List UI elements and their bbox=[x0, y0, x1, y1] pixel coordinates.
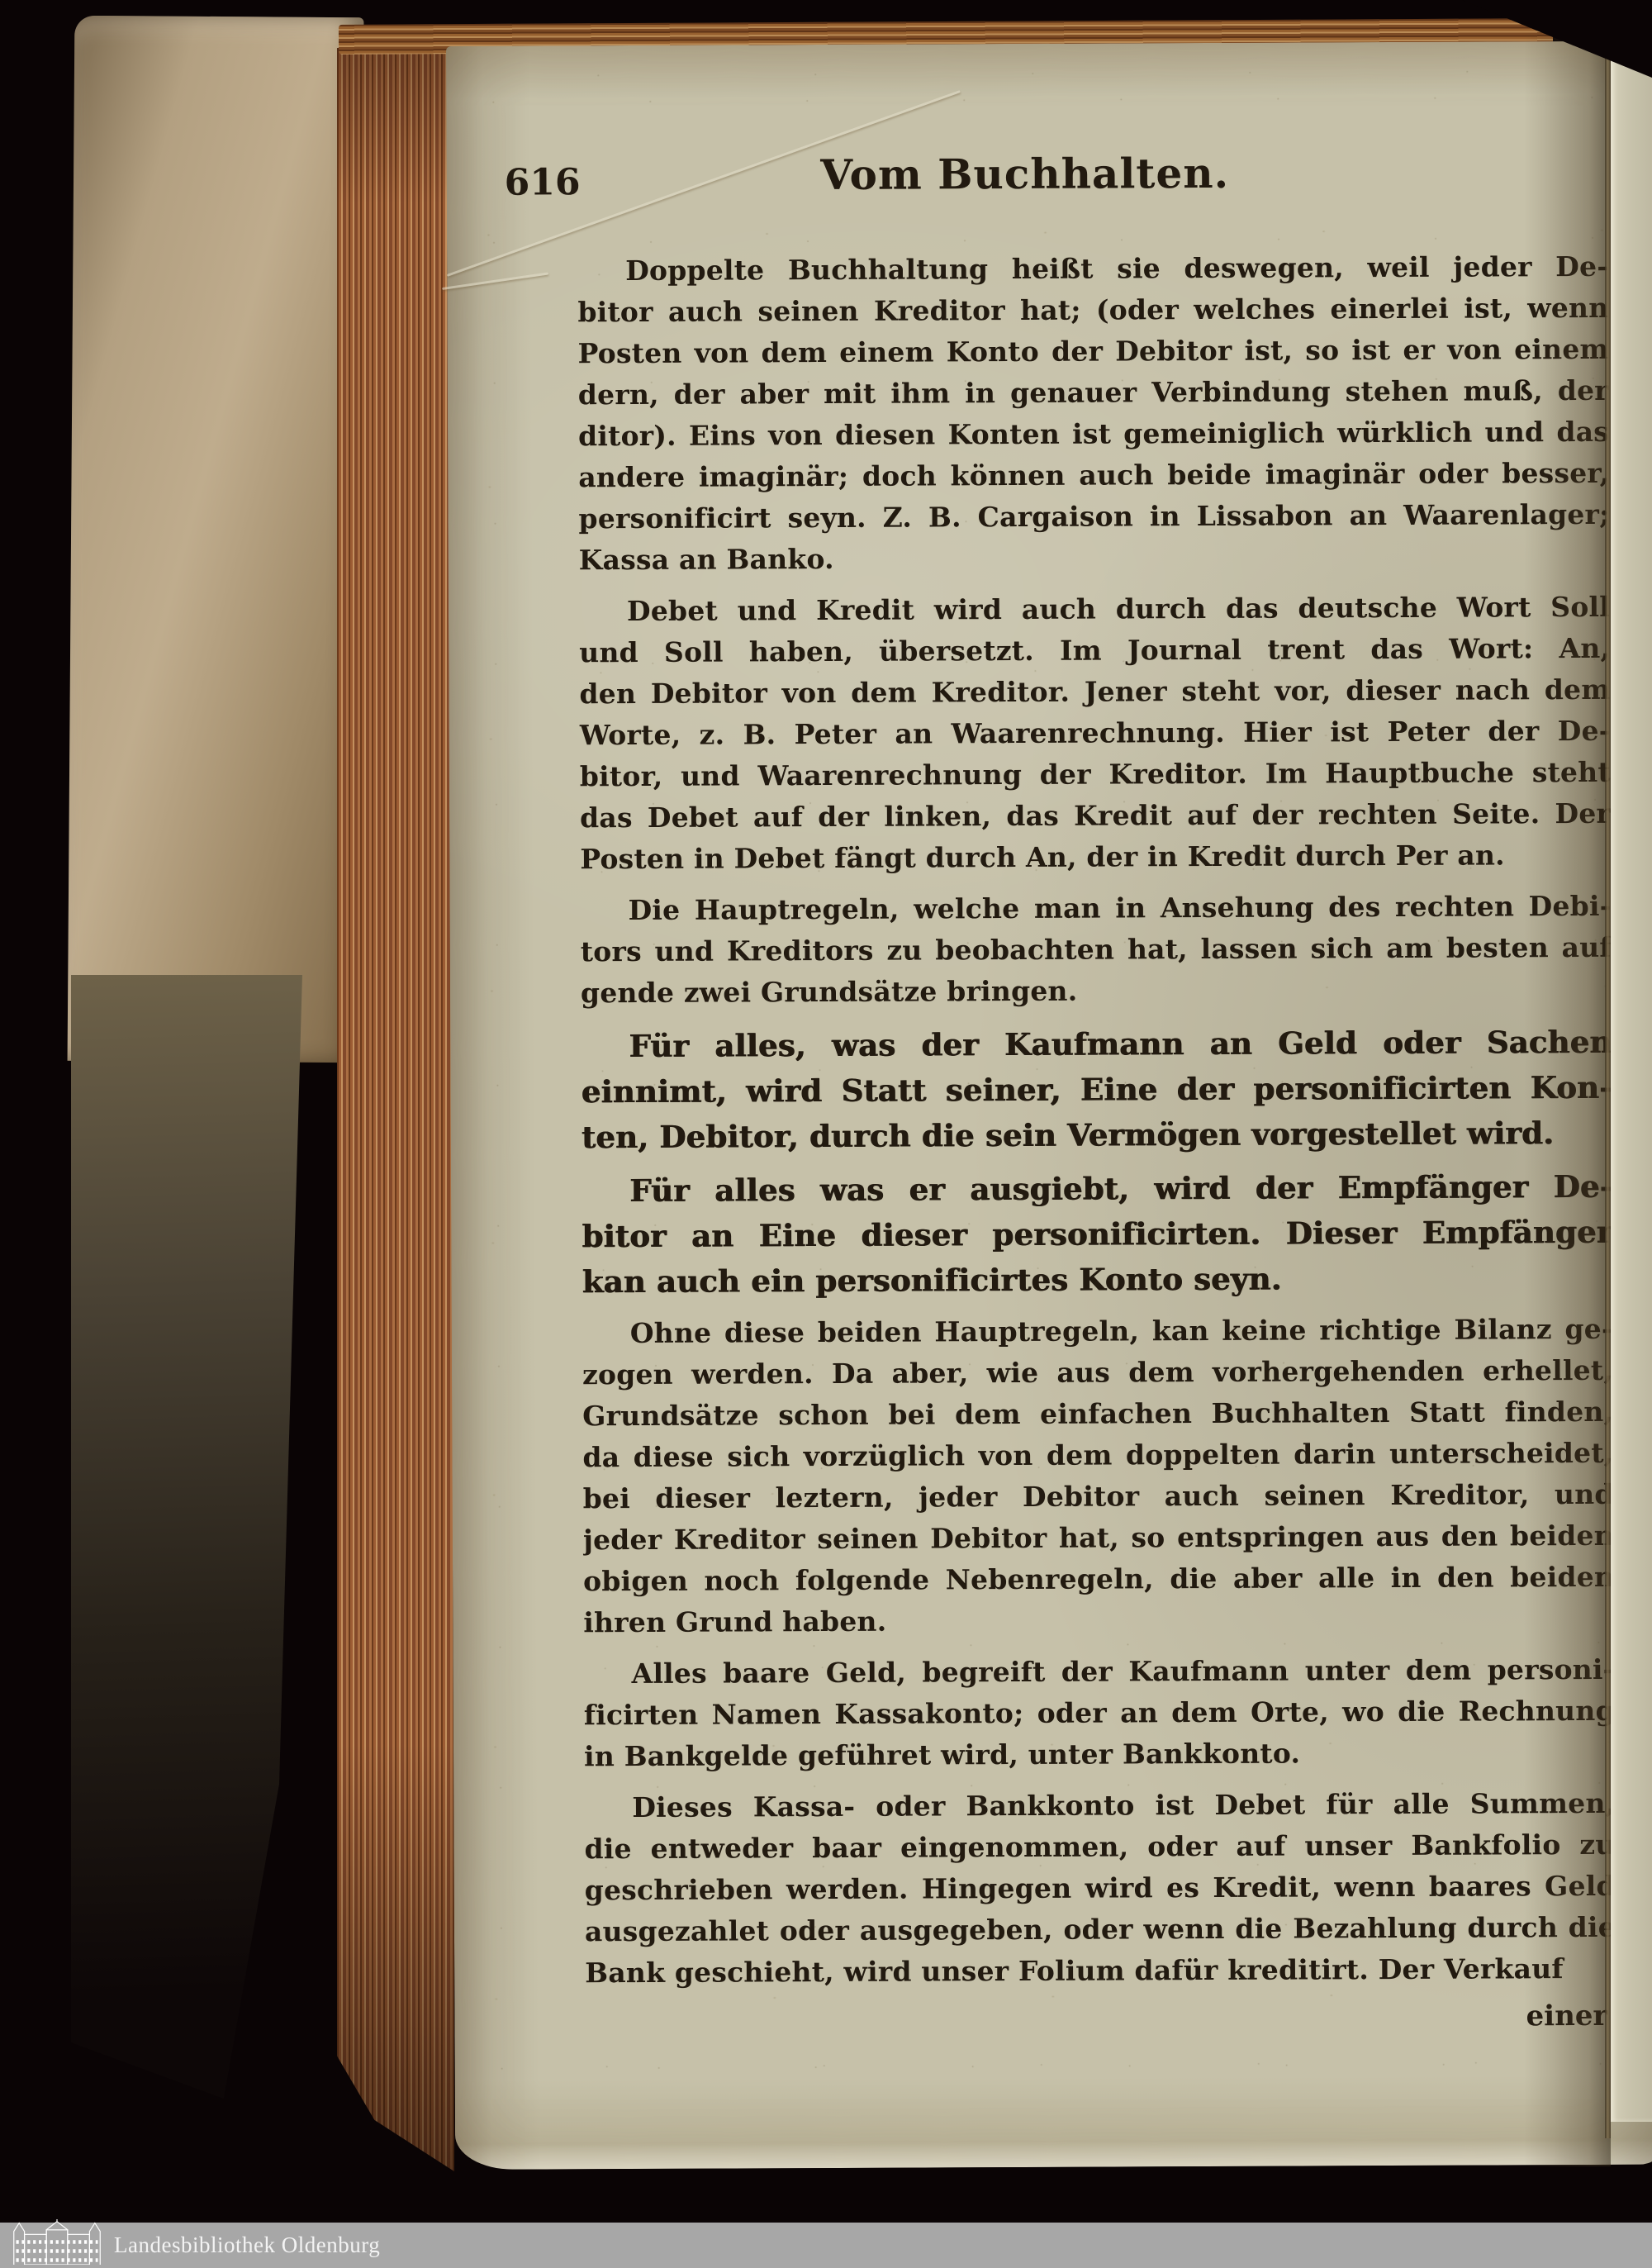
text-line: ten, Debitor, durch die sein Vermögen vo… bbox=[582, 1110, 1612, 1160]
book-page: 616 Vom Buchhalten. Doppelte Buchhaltung… bbox=[446, 41, 1652, 2170]
text-line: Kassa an Banko. bbox=[579, 535, 1610, 581]
paragraph: Doppelte Buchhaltung heißt sie deswegen,… bbox=[577, 246, 1610, 581]
text-line: und Soll haben, übersetzt. Im Journal tr… bbox=[579, 628, 1610, 673]
text-line: Debet und Kredit wird auch durch das deu… bbox=[579, 587, 1610, 632]
text-line: ihren Grund haben. bbox=[583, 1598, 1614, 1643]
running-title: Vom Buchhalten. bbox=[447, 147, 1603, 201]
text-line: andere imaginär; doch können auch beide … bbox=[578, 453, 1609, 498]
text-column: Doppelte Buchhaltung heißt sie deswegen,… bbox=[577, 246, 1616, 2037]
book-cover-edge bbox=[68, 16, 364, 1063]
text-line: einnimt, wird Statt seiner, Eine der per… bbox=[581, 1065, 1612, 1115]
text-line: gende zwei Grundsätze bringen. bbox=[581, 968, 1612, 1014]
text-line: ficirten Namen Kassakonto; oder an dem O… bbox=[584, 1690, 1615, 1736]
text-line: zogen werden. Da aber, wie aus dem vorhe… bbox=[582, 1350, 1613, 1396]
text-line: bitor, und Waarenrechnung der Kreditor. … bbox=[580, 752, 1611, 797]
book-cover-shadow bbox=[71, 975, 302, 2099]
paragraph: Ohne diese beiden Hauptregeln, kan keine… bbox=[582, 1309, 1615, 1643]
text-line: die entweder baar eingenommen, oder auf … bbox=[584, 1824, 1615, 1870]
text-line: tors und Kreditors zu beobachten hat, la… bbox=[581, 927, 1612, 972]
text-line: Alles baare Geld, begreift der Kaufmann … bbox=[583, 1649, 1614, 1695]
text-line: in Bankgelde geführet wird, unter Bankko… bbox=[584, 1732, 1615, 1777]
text-line: Dieses Kassa- oder Bankkonto ist Debet f… bbox=[584, 1783, 1615, 1828]
page-fore-edge-stack bbox=[337, 33, 454, 2171]
paragraph: Dieses Kassa- oder Bankkonto ist Debet f… bbox=[584, 1783, 1616, 1994]
text-line: geschrieben werden. Hingegen wird es Kre… bbox=[585, 1866, 1616, 1911]
text-line: Doppelte Buchhaltung heißt sie deswegen,… bbox=[577, 246, 1608, 292]
text-line: Worte, z. B. Peter an Waarenrechnung. Hi… bbox=[580, 711, 1611, 756]
text-line: Für alles, was der Kaufmann an Geld oder… bbox=[581, 1020, 1612, 1069]
paragraph-emphasized: Für alles was er ausgiebt, wird der Empf… bbox=[582, 1164, 1613, 1305]
paragraph: Alles baare Geld, begreift der Kaufmann … bbox=[583, 1649, 1615, 1777]
text-line: personificirt seyn. Z. B. Cargaison in L… bbox=[578, 494, 1609, 540]
text-line: bei dieser leztern, jeder Debitor auch s… bbox=[583, 1474, 1614, 1519]
text-line: ditor). Eins von diesen Konten ist gemei… bbox=[578, 411, 1609, 457]
text-line: kan auch ein personificirtes Konto seyn. bbox=[582, 1255, 1612, 1305]
paper-crack bbox=[442, 272, 548, 290]
text-line: Posten von dem einem Konto der Debitor i… bbox=[578, 329, 1609, 374]
paragraph-emphasized: Für alles, was der Kaufmann an Geld oder… bbox=[581, 1020, 1612, 1160]
text-line: den Debitor von dem Kreditor. Jener steh… bbox=[579, 669, 1610, 715]
text-line: bitor an Eine dieser personificirten. Di… bbox=[582, 1210, 1612, 1259]
text-line: da diese sich vorzüglich von dem doppelt… bbox=[582, 1433, 1613, 1478]
text-line: Posten in Debet fängt durch An, der in K… bbox=[580, 834, 1611, 880]
text-line: obigen noch folgende Nebenregeln, die ab… bbox=[583, 1557, 1614, 1602]
text-line: Für alles was er ausgiebt, wird der Empf… bbox=[582, 1164, 1612, 1214]
text-line: bitor auch seinen Kreditor hat; (oder we… bbox=[577, 288, 1608, 333]
gutter-crease bbox=[1605, 40, 1611, 2138]
text-line: Grundsätze schon bei dem einfachen Buchh… bbox=[582, 1391, 1613, 1437]
text-line: Die Hauptregeln, welche man in Ansehung … bbox=[580, 886, 1611, 931]
catchword: einer bbox=[585, 1999, 1616, 2037]
text-line: das Debet auf der linken, das Kredit auf… bbox=[580, 793, 1611, 839]
footer-bar: Landesbibliothek Oldenburg bbox=[0, 2223, 1652, 2268]
paragraph: Die Hauptregeln, welche man in Ansehung … bbox=[580, 886, 1612, 1014]
facing-page-edge bbox=[1611, 58, 1652, 2122]
library-name: Landesbibliothek Oldenburg bbox=[114, 2223, 380, 2268]
text-line: dern, der aber mit ihm in genauer Verbin… bbox=[578, 370, 1609, 416]
text-line: Ohne diese beiden Hauptregeln, kan keine… bbox=[582, 1309, 1613, 1354]
library-building-icon bbox=[12, 2219, 102, 2268]
gutter-shadow bbox=[1524, 33, 1611, 2166]
text-line: Bank geschieht, wird unser Folium dafür … bbox=[585, 1948, 1616, 1994]
text-line: jeder Kreditor seinen Debitor hat, so en… bbox=[583, 1515, 1614, 1561]
paragraph: Debet und Kredit wird auch durch das deu… bbox=[579, 587, 1612, 880]
book-scan: 616 Vom Buchhalten. Doppelte Buchhaltung… bbox=[0, 0, 1652, 2268]
text-line: ausgezahlet oder ausgegeben, oder wenn d… bbox=[585, 1907, 1616, 1952]
